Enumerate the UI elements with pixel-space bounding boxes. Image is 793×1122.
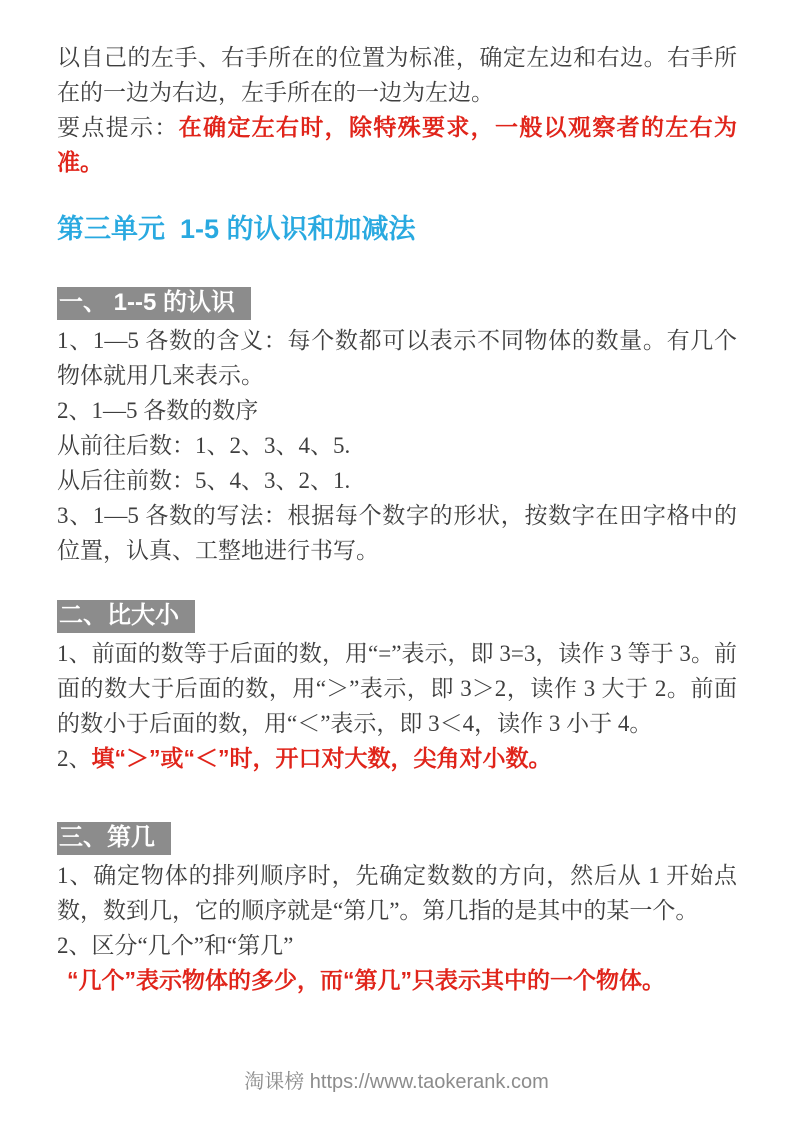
section-title-3: 三、第几 xyxy=(57,822,171,855)
section2-item-1: 1、前面的数等于后面的数，用“=”表示，即 3=3，读作 3 等于 3。前面的数… xyxy=(57,636,737,741)
section-title-1: 一、 1--5 的认识 xyxy=(57,287,251,320)
section-body-3: 1、确定物体的排列顺序时，先确定数数的方向，然后从 1 开始点数，数到几，它的顺… xyxy=(57,858,737,998)
section3-item-3: “几个”表示物体的多少，而“第几”只表示其中的一个物体。 xyxy=(57,963,737,998)
tip-label: 要点提示： xyxy=(57,115,179,140)
section2-item-2-prefix: 2、 xyxy=(57,746,92,771)
section-ordinal: 三、第几 1、确定物体的排列顺序时，先确定数数的方向，然后从 1 开始点数，数到… xyxy=(57,776,737,998)
section1-item-4: 从后往前数：5、4、3、2、1. xyxy=(57,463,737,498)
intro-paragraph: 以自己的左手、右手所在的位置为标准，确定左边和右边。右手所在的一边为右边，左手所… xyxy=(57,40,737,110)
unit-heading: 第三单元 1-5 的认识和加减法 xyxy=(57,213,737,245)
section2-item-2-emphasis: 填“＞”或“＜”时，开口对大数，尖角对小数。 xyxy=(92,745,552,771)
document-page: 以自己的左手、右手所在的位置为标准，确定左边和右边。右手所在的一边为右边，左手所… xyxy=(0,0,793,1122)
section3-item-1: 1、确定物体的排列顺序时，先确定数数的方向，然后从 1 开始点数，数到几，它的顺… xyxy=(57,858,737,928)
section1-item-1: 1、1—5 各数的含义：每个数都可以表示不同物体的数量。有几个物体就用几来表示。 xyxy=(57,323,737,393)
section-numbers-1-5: 一、 1--5 的认识 1、1—5 各数的含义：每个数都可以表示不同物体的数量。… xyxy=(57,245,737,568)
section2-item-2: 2、填“＞”或“＜”时，开口对大数，尖角对小数。 xyxy=(57,741,737,776)
section1-item-3: 从前往后数：1、2、3、4、5. xyxy=(57,428,737,463)
section3-item-2: 2、区分“几个”和“第几” xyxy=(57,928,737,963)
section1-item-2: 2、1—5 各数的数序 xyxy=(57,393,737,428)
section-body-2: 1、前面的数等于后面的数，用“=”表示，即 3=3，读作 3 等于 3。前面的数… xyxy=(57,636,737,776)
section-body-1: 1、1—5 各数的含义：每个数都可以表示不同物体的数量。有几个物体就用几来表示。… xyxy=(57,323,737,568)
section3-item-3-emphasis: “几个”表示物体的多少，而“第几”只表示其中的一个物体。 xyxy=(67,967,665,993)
section-compare-sizes: 二、比大小 1、前面的数等于后面的数，用“=”表示，即 3=3，读作 3 等于 … xyxy=(57,568,737,776)
tip-paragraph: 要点提示：在确定左右时，除特殊要求，一般以观察者的左右为准。 xyxy=(57,110,737,180)
footer-watermark: 淘课榜 https://www.taokerank.com xyxy=(0,1065,793,1094)
section1-item-5: 3、1—5 各数的写法：根据每个数字的形状，按数字在田字格中的位置，认真、工整地… xyxy=(57,498,737,568)
section-title-2: 二、比大小 xyxy=(57,600,195,633)
